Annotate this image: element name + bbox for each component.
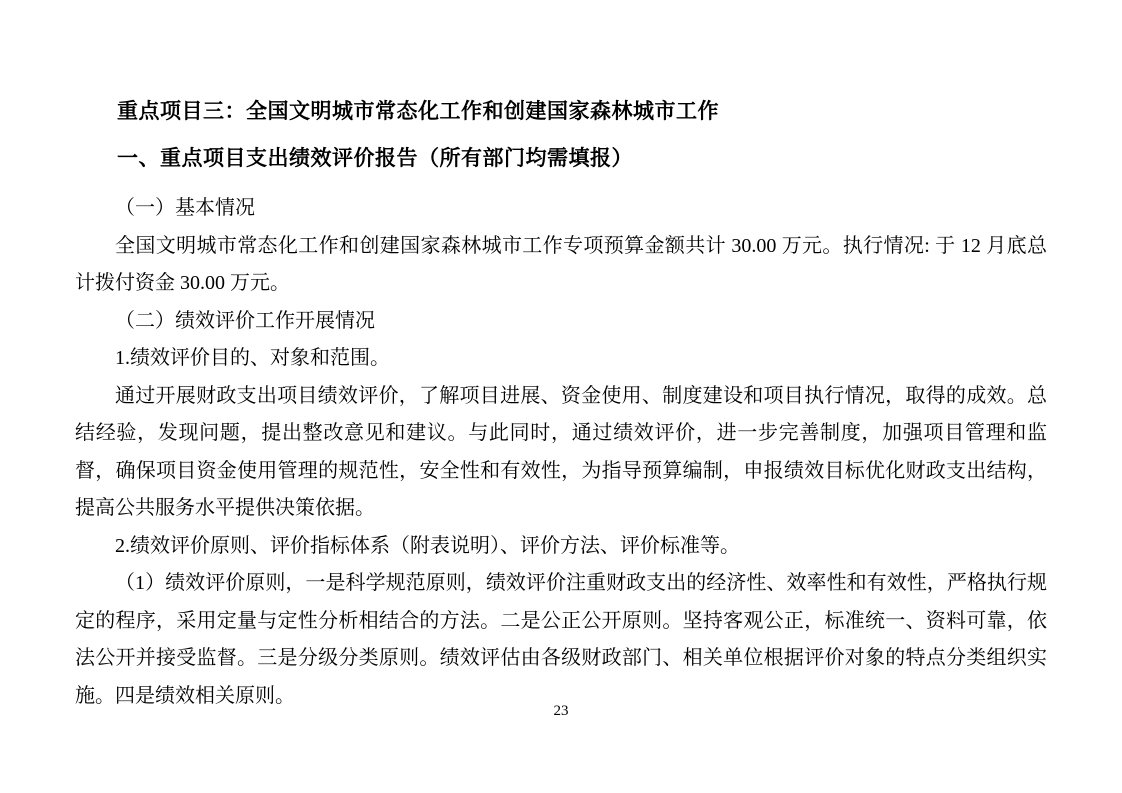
heading-section-title: 一、重点项目支出绩效评价报告（所有部门均需填报） xyxy=(75,147,1047,171)
paragraph-evaluation-work-heading: （二）绩效评价工作开展情况 xyxy=(75,303,1047,341)
paragraph-budget-summary: 全国文明城市常态化工作和创建国家森林城市工作专项预算金额共计 30.00 万元。… xyxy=(75,228,1047,303)
heading-project-title: 重点项目三：全国文明城市常态化工作和创建国家森林城市工作 xyxy=(75,100,1047,124)
paragraph-evaluation-purpose-body: 通过开展财政支出项目绩效评价，了解项目进展、资金使用、制度建设和项目执行情况，取… xyxy=(75,378,1047,528)
paragraph-basic-info-heading: （一）基本情况 xyxy=(75,190,1047,228)
paragraph-evaluation-purpose-heading: 1.绩效评价目的、对象和范围。 xyxy=(75,340,1047,378)
paragraph-evaluation-principles-heading: 2.绩效评价原则、评价指标体系（附表说明）、评价方法、评价标准等。 xyxy=(75,528,1047,566)
paragraph-evaluation-principles-body: （1）绩效评价原则，一是科学规范原则，绩效评价注重财政支出的经济性、效率性和有效… xyxy=(75,565,1047,715)
page-number: 23 xyxy=(0,703,1122,720)
document-body: （一）基本情况 全国文明城市常态化工作和创建国家森林城市工作专项预算金额共计 3… xyxy=(75,190,1047,715)
document-content: 重点项目三：全国文明城市常态化工作和创建国家森林城市工作 一、重点项目支出绩效评… xyxy=(75,0,1047,715)
document-page: 重点项目三：全国文明城市常态化工作和创建国家森林城市工作 一、重点项目支出绩效评… xyxy=(0,0,1122,793)
